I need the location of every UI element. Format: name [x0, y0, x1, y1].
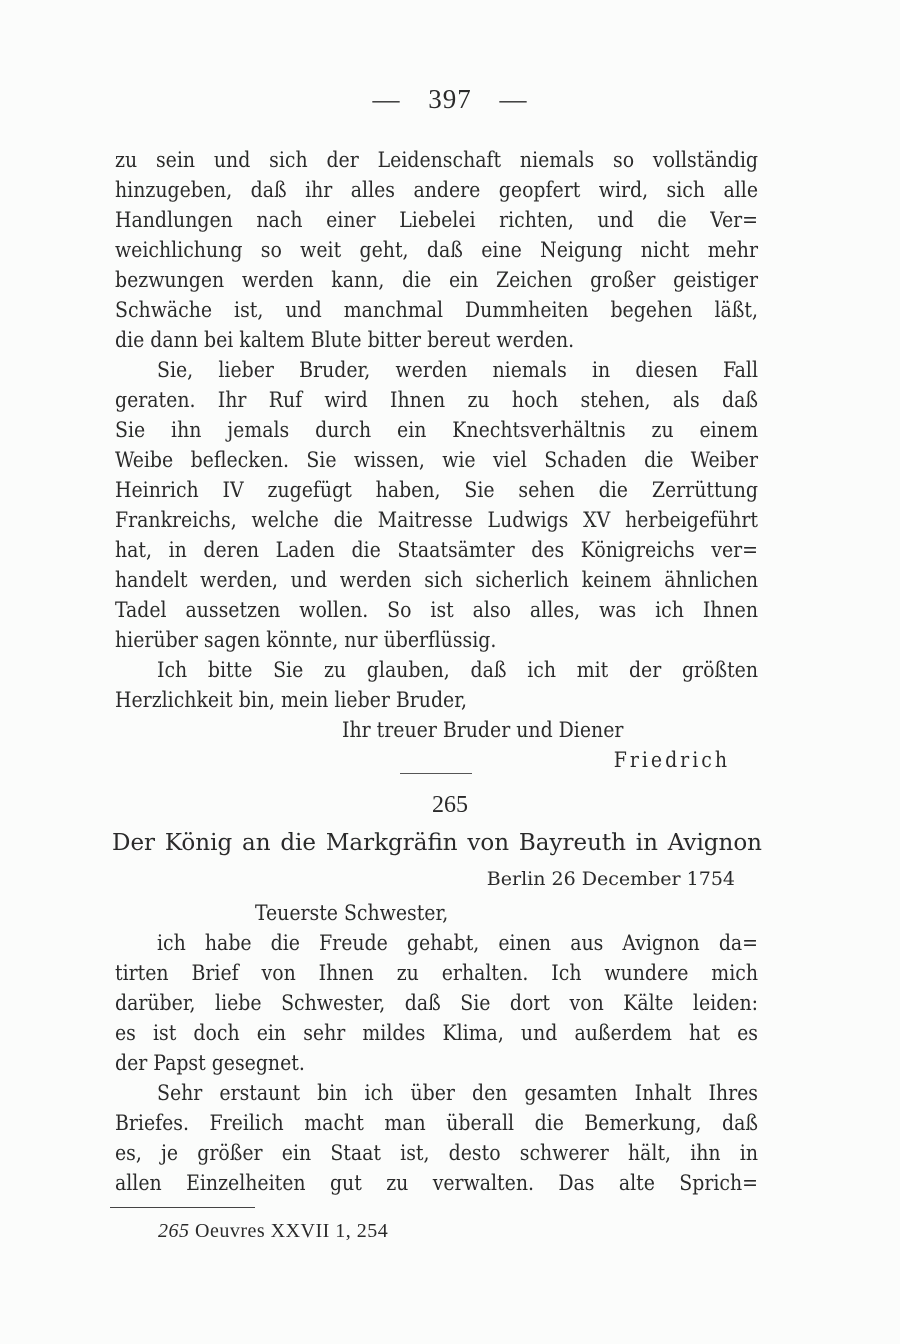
text-line: Briefes. Freilich macht man überall die … [115, 1108, 758, 1138]
text-line: Heinrich IV zugefügt haben, Sie sehen di… [115, 475, 758, 505]
page-number: 397 [428, 84, 472, 114]
text-line: Ich bitte Sie zu glauben, daß ich mit de… [115, 655, 758, 685]
continuation-paragraph: zu sein und sich der Leidenschaft niemal… [115, 145, 758, 355]
letter-dateline: Berlin 26 December 1754 [480, 868, 735, 890]
header-dash-right: — [500, 84, 528, 115]
footnote-text: Oeuvres XXVII 1, 254 [195, 1220, 388, 1242]
letter-number: 265 [0, 792, 900, 819]
text-line: zu sein und sich der Leidenschaft niemal… [115, 145, 758, 175]
footnote-number: 265 [158, 1220, 190, 1242]
text-line: darüber, liebe Schwester, daß Sie dort v… [115, 988, 758, 1018]
text-line: ich habe die Freude gehabt, einen aus Av… [115, 928, 758, 958]
text-line: Sie, lieber Bruder, werden niemals in di… [115, 355, 758, 385]
text-line: geraten. Ihr Ruf wird Ihnen zu hoch steh… [115, 385, 758, 415]
text-line: handelt werden, und werden sich sicherli… [115, 565, 758, 595]
text-line: Tadel aussetzen wollen. So ist also alle… [115, 595, 758, 625]
paragraph-3: Ich bitte Sie zu glauben, daß ich mit de… [115, 655, 758, 775]
footnote-rule [110, 1207, 255, 1208]
text-line: Sie ihn jemals durch ein Knechtsverhältn… [115, 415, 758, 445]
text-line: hinzugeben, daß ihr alles andere geopfer… [115, 175, 758, 205]
text-line: hierüber sagen könnte, nur überflüssig. [115, 625, 758, 655]
page-header: — 397 — [0, 84, 900, 115]
letter-body-1: Teuerste Schwester, ich habe die Freude … [115, 898, 758, 1078]
text-line: es ist doch ein sehr mildes Klima, und a… [115, 1018, 758, 1048]
signature: Friedrich [115, 745, 758, 775]
text-line: die dann bei kaltem Blute bitter bereut … [115, 325, 758, 355]
footnote: 265 Oeuvres XXVII 1, 254 [158, 1220, 388, 1243]
salutation: Teuerste Schwester, [115, 898, 758, 928]
text-line: tirten Brief von Ihnen zu erhalten. Ich … [115, 958, 758, 988]
header-dash-left: — [373, 84, 401, 115]
text-line: Frankreichs, welche die Maitresse Ludwig… [115, 505, 758, 535]
paragraph-2: Sie, lieber Bruder, werden niemals in di… [115, 355, 758, 655]
text-line: bezwungen werden kann, die ein Zeichen g… [115, 265, 758, 295]
text-line: Weibe beflecken. Sie wissen, wie viel Sc… [115, 445, 758, 475]
text-line: Sehr erstaunt bin ich über den gesamten … [115, 1078, 758, 1108]
text-line: Handlungen nach einer Liebelei richten, … [115, 205, 758, 235]
text-line: der Papst gesegnet. [115, 1048, 758, 1078]
text-line: allen Einzelheiten gut zu verwalten. Das… [115, 1168, 758, 1198]
text-line: es, je größer ein Staat ist, desto schwe… [115, 1138, 758, 1168]
text-line: Herzlichkeit bin, mein lieber Bruder, [115, 685, 758, 715]
closing-line: Ihr treuer Bruder und Diener [115, 715, 758, 745]
letter-title: Der König an die Markgräfin von Bayreuth… [112, 830, 762, 856]
letter-body-2: Sehr erstaunt bin ich über den gesamten … [115, 1078, 758, 1198]
letter-separator [400, 773, 472, 774]
text-line: hat, in deren Laden die Staatsämter des … [115, 535, 758, 565]
text-line: Schwäche ist, und manchmal Dummheiten be… [115, 295, 758, 325]
text-line: weichlichung so weit geht, daß eine Neig… [115, 235, 758, 265]
